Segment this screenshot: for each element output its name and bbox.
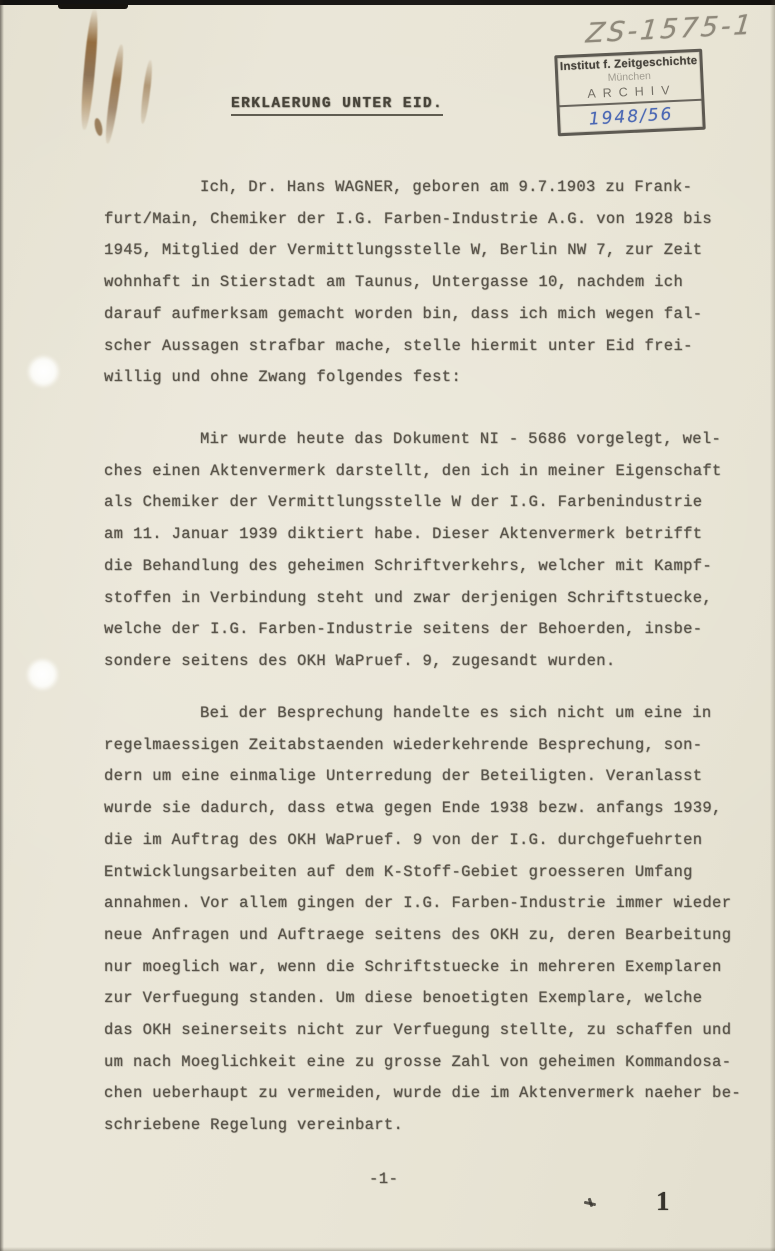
document-title: ERKLAERUNG UNTER EID. [231,96,443,116]
text-line: chen ueberhaupt zu vermeiden, wurde die … [104,1078,726,1110]
rust-stain-4 [93,117,104,136]
text-line: wohnhaft in Stierstadt am Taunus, Unterg… [104,267,726,299]
text-line: stoffen in Verbindung steht und zwar der… [104,583,726,615]
scan-edge-right [770,0,775,1251]
text-line: ches einen Aktenvermerk darstellt, den i… [104,456,726,488]
text-line: die im Auftrag des OKH WaPruef. 9 von de… [104,825,726,857]
text-line: welche der I.G. Farben-Industrie seitens… [104,614,726,646]
text-line: die Behandlung des geheimen Schriftverke… [104,551,726,583]
text-line: Entwicklungsarbeiten auf dem K-Stoff-Geb… [104,857,726,889]
text-line: Mir wurde heute das Dokument NI - 5686 v… [104,424,726,456]
text-line: dern um eine einmalige Unterredung der B… [104,761,726,793]
text-line: schriebene Regelung vereinbart. [104,1110,726,1142]
scan-edge-bottom [0,1247,775,1251]
paragraph-2: Mir wurde heute das Dokument NI - 5686 v… [104,424,726,678]
text-line: regelmaessigen Zeitabstaenden wiederkehr… [104,730,726,762]
text-line: neue Anfragen und Auftraege seitens des … [104,920,726,952]
text-line: am 11. Januar 1939 diktiert habe. Dieser… [104,519,726,551]
footer-page-number: -1- [369,1170,398,1188]
punch-hole-top [30,358,57,385]
rust-stain-3 [139,60,154,124]
text-line: darauf aufmerksam gemacht worden bin, da… [104,299,726,331]
text-line: Bei der Besprechung handelte es sich nic… [104,698,726,730]
text-line: willig und ohne Zwang folgendes fest: [104,362,726,394]
paragraph-3: Bei der Besprechung handelte es sich nic… [104,698,726,1142]
text-line: wurde sie dadurch, dass etwa gegen Ende … [104,793,726,825]
text-line: zur Verfuegung standen. Um diese benoeti… [104,983,726,1015]
rust-stain-1 [79,8,101,130]
paragraph-1: Ich, Dr. Hans WAGNER, geboren am 9.7.190… [104,172,726,394]
text-line: nur moeglich war, wenn die Schriftstueck… [104,952,726,984]
pencil-mark [583,1198,597,1208]
scanned-document-page: ZS-1575-1 Institut f. Zeitgeschichte Mün… [0,0,775,1251]
text-line: furt/Main, Chemiker der I.G. Farben-Indu… [104,204,726,236]
corner-page-number: 1 [656,1186,670,1217]
archive-stamp: Institut f. Zeitgeschichte München ARCHI… [554,49,706,137]
punch-hole-bottom [29,661,56,688]
text-line: sondere seitens des OKH WaPruef. 9, zuge… [104,646,726,678]
text-line: um nach Moeglichkeit eine zu grosse Zahl… [104,1047,726,1079]
text-line: 1945, Mitglied der Vermittlungsstelle W,… [104,235,726,267]
text-line: Ich, Dr. Hans WAGNER, geboren am 9.7.190… [104,172,726,204]
rust-stain-2 [103,44,126,144]
text-line: scher Aussagen strafbar mache, stelle hi… [104,331,726,363]
handwritten-reference-number: ZS-1575-1 [584,9,755,49]
scan-edge-left [0,0,4,1251]
text-line: das OKH seinerseits nicht zur Verfuegung… [104,1015,726,1047]
text-line: als Chemiker der Vermittlungsstelle W de… [104,487,726,519]
text-line: annahmen. Vor allem gingen der I.G. Farb… [104,888,726,920]
